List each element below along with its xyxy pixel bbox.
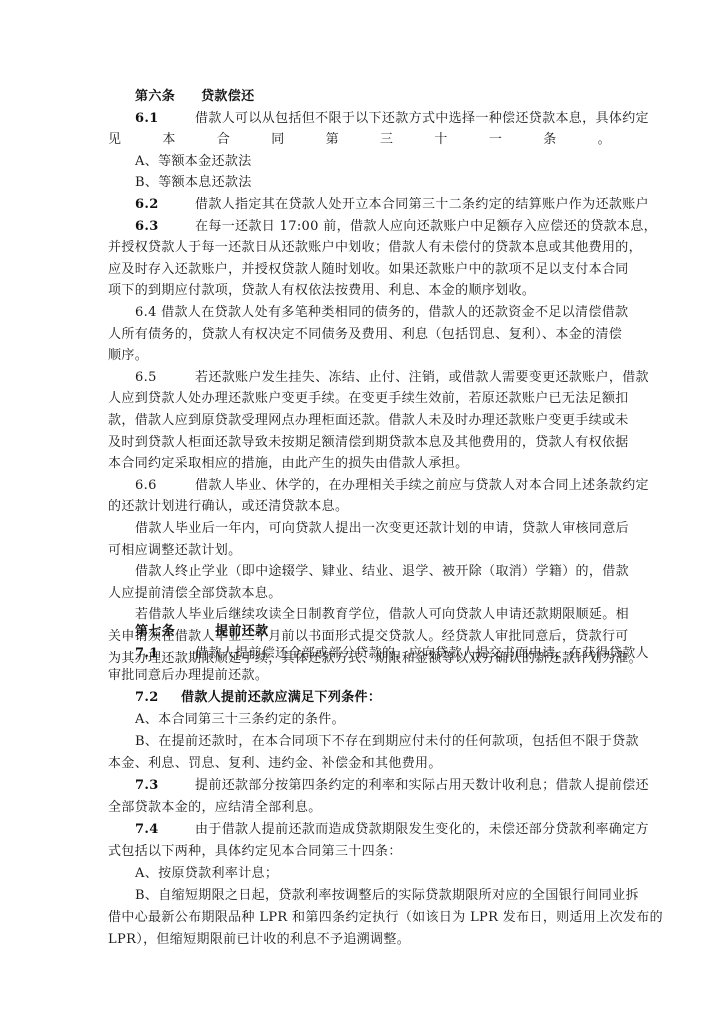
paragraph-line: 式包括以下两种，具体约定见本合同第三十四条： [108,844,611,860]
list-item: 6.4 借款人在贷款人处有多笔种类相同的债务的，借款人的还款资金不足以清偿借款 [135,305,611,321]
clause-number: 7.1 [135,646,195,662]
clause-line: 6.6借款人毕业、休学的，在办理相关手续之前应与贷款人对本合同上述条款约定 [135,478,611,494]
clause-text: 借款人提前还款应满足下列条件： [181,690,381,705]
paragraph-line: 本金、利息、罚息、复利、违约金、补偿金和其他费用。 [108,756,611,772]
clause-line: 6.1借款人可以从包括但不限于以下还款方式中选择一种偿还贷款本息，具体约定 [135,111,611,127]
clause-text: 借款人提前偿还全部或部分贷款的，应向贷款人提交书面申请，在获得贷款人 [195,646,649,661]
paragraph-line: 及时到贷款人柜面还款导致未按期足额清偿到期贷款本息及其他费用的，贷款人有权依据 [108,435,611,451]
list-item: 借款人毕业后一年内，可向贷款人提出一次变更还款计划的申请，贷款人审核同意后 [135,521,611,537]
paragraph-line: 人应提前清偿全部贷款本息。 [108,586,611,602]
clause-line: 7.4由于借款人提前还款而造成贷款期限发生变化的，未偿还部分贷款利率确定方 [135,822,611,838]
paragraph-line: 全部贷款本金的，应结清全部利息。 [108,800,611,816]
section-title: 贷款偿还 [201,89,254,104]
paragraph-line: 见本合同第三十一条。 [108,132,611,148]
clause-number: 6.6 [135,478,195,494]
document-page: 第六条贷款偿还6.1借款人可以从包括但不限于以下还款方式中选择一种偿还贷款本息，… [0,0,720,1017]
list-item: A、本合同第三十三条约定的条件。 [135,712,611,728]
clause-text: 提前还款部分按第四条约定的利率和实际占用天数计收利息；借款人提前偿还 [195,778,649,793]
paragraph-line: 借中心最新公布期限品种 LPR 和第四条约定执行（如该日为 LPR 发布日，则适… [108,910,611,926]
section-heading: 第七条提前还款 [135,624,611,640]
paragraph-line: 人应到贷款人处办理还款账户变更手续。在变更手续生效前，若原还款账户已无法足额扣 [108,391,611,407]
list-item: B、等额本息还款法 [135,175,611,191]
paragraph-line: 并授权贷款人于每一还款日从还款账户中划收；借款人有未偿付的贷款本息或其他费用的， [108,240,611,256]
clause-text: 借款人可以从包括但不限于以下还款方式中选择一种偿还贷款本息，具体约定 [195,111,649,126]
clause-number: 6.3 [135,219,195,235]
clause-number: 6.1 [135,111,195,127]
paragraph-line: 项下的到期应付款项，贷款人有权依法按费用、利息、本金的顺序划收。 [108,283,611,299]
clause-number: 6.2 [135,197,195,213]
clause-text: 借款人指定其在贷款人处开立本合同第三十二条约定的结算账户作为还款账户 [195,197,649,212]
section-heading: 第六条贷款偿还 [135,89,611,105]
clause-line: 7.2借款人提前还款应满足下列条件： [135,690,611,706]
clause-number: 7.4 [135,822,195,838]
clause-line: 7.3提前还款部分按第四条约定的利率和实际占用天数计收利息；借款人提前偿还 [135,778,611,794]
list-item: B、自缩短期限之日起，贷款利率按调整后的实际贷款期限所对应的全国银行间同业拆 [135,888,611,904]
list-item: 借款人终止学业（即中途辍学、肄业、结业、退学、被开除（取消）学籍）的，借款 [135,564,611,580]
paragraph-line: 可相应调整还款计划。 [108,543,611,559]
paragraph-line: 款，借款人应到原贷款受理网点办理柜面还款。借款人未及时办理还款账户变更手续或未 [108,413,611,429]
paragraph-line: 应及时存入还款账户，并授权贷款人随时划收。如果还款账户中的款项不足以支付本合同 [108,262,611,278]
clause-line: 7.1借款人提前偿还全部或部分贷款的，应向贷款人提交书面申请，在获得贷款人 [135,646,611,662]
clause-line: 6.2借款人指定其在贷款人处开立本合同第三十二条约定的结算账户作为还款账户 [135,197,611,213]
clause-number: 7.3 [135,778,195,794]
clause-number: 7.2 [135,690,181,706]
paragraph-line: 的还款计划进行确认，或还清贷款本息。 [108,499,611,515]
clause-line: 6.3在每一还款日 17:00 前，借款人应向还款账户中足额存入应偿还的贷款本息… [135,219,611,235]
paragraph-line: LPR），但缩短期限前已计收的利息不予追溯调整。 [108,932,611,948]
clause-number: 6.5 [135,370,195,386]
clause-text: 借款人毕业、休学的，在办理相关手续之前应与贷款人对本合同上述条款约定 [195,478,649,493]
section-title: 提前还款 [215,624,268,639]
list-item: 若借款人毕业后继续攻读全日制教育学位，借款人可向贷款人申请还款期限顺延。相 [135,607,611,623]
paragraph-line: 审批同意后办理提前还款。 [108,668,611,684]
paragraph-line: 本合同约定采取相应的措施，由此产生的损失由借款人承担。 [108,456,611,472]
list-item: A、按原贷款利率计息； [135,866,611,882]
paragraph-line: 人所有债务的，贷款人有权决定不同债务及费用、利息（包括罚息、复利）、本金的清偿 [108,327,611,343]
section-number: 第七条 [135,624,175,639]
clause-text: 在每一还款日 17:00 前，借款人应向还款账户中足额存入应偿还的贷款本息， [195,219,657,234]
clause-line: 6.5若还款账户发生挂失、冻结、止付、注销，或借款人需要变更还款账户，借款 [135,370,611,386]
section-number: 第六条 [135,89,175,104]
clause-text: 由于借款人提前还款而造成贷款期限发生变化的，未偿还部分贷款利率确定方 [195,822,649,837]
paragraph-line: 顺序。 [108,348,611,364]
list-item: A、等额本金还款法 [135,154,611,170]
clause-text: 若还款账户发生挂失、冻结、止付、注销，或借款人需要变更还款账户，借款 [195,370,649,385]
list-item: B、在提前还款时，在本合同项下不存在到期应付未付的任何款项，包括但不限于贷款 [135,734,611,750]
